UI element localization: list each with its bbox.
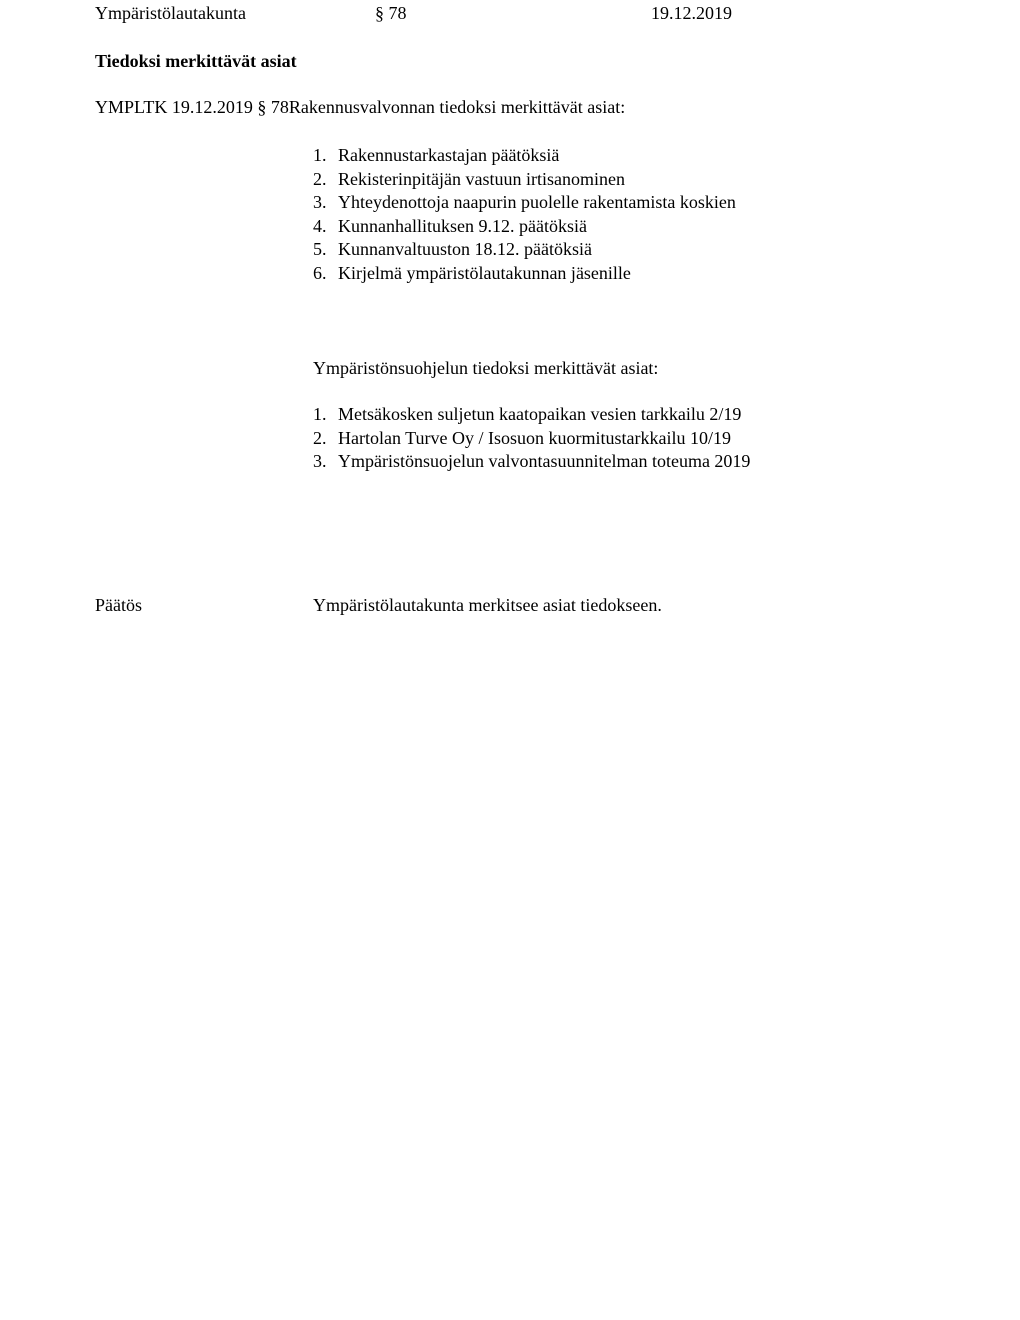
list-item: 3.Yhteydenottoja naapurin puolelle raken… bbox=[313, 193, 736, 217]
environment-heading: Ympäristönsuohjelun tiedoksi merkittävät… bbox=[313, 359, 658, 377]
decision-text: Ympäristölautakunta merkitsee asiat tied… bbox=[313, 596, 662, 614]
header-date: 19.12.2019 bbox=[651, 4, 732, 22]
building-control-list: 1.Rakennustarkastajan päätöksiä 2.Rekist… bbox=[313, 146, 736, 288]
list-item: 1.Metsäkosken suljetun kaatopaikan vesie… bbox=[313, 405, 750, 429]
list-item: 6.Kirjelmä ympäristölautakunnan jäsenill… bbox=[313, 264, 736, 288]
reference-line: YMPLTK 19.12.2019 § 78Rakennusvalvonnan … bbox=[95, 98, 625, 116]
list-item: 5.Kunnanvaltuuston 18.12. päätöksiä bbox=[313, 240, 736, 264]
environment-list: 1.Metsäkosken suljetun kaatopaikan vesie… bbox=[313, 405, 750, 476]
list-item: 4.Kunnanhallituksen 9.12. päätöksiä bbox=[313, 217, 736, 241]
list-item: 2.Rekisterinpitäjän vastuun irtisanomine… bbox=[313, 170, 736, 194]
document-title: Tiedoksi merkittävät asiat bbox=[95, 52, 297, 70]
list-item: 1.Rakennustarkastajan päätöksiä bbox=[313, 146, 736, 170]
header-organization: Ympäristölautakunta bbox=[95, 4, 246, 22]
list-item: 3.Ympäristönsuojelun valvontasuunnitelma… bbox=[313, 452, 750, 476]
decision-label: Päätös bbox=[95, 596, 142, 614]
header-paragraph: § 78 bbox=[375, 4, 407, 22]
list-item: 2.Hartolan Turve Oy / Isosuon kuormitust… bbox=[313, 429, 750, 453]
